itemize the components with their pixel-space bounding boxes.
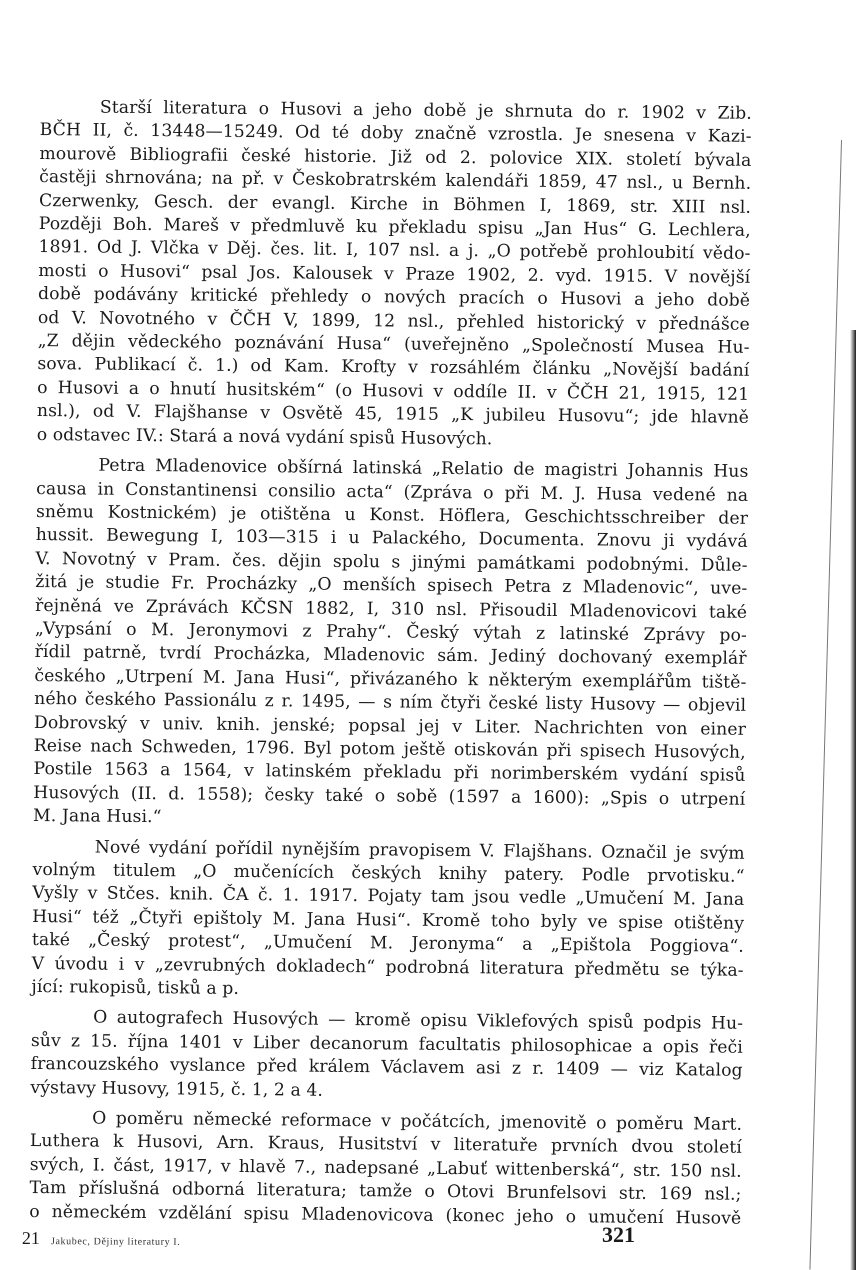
book-spine-shadow: [850, 330, 856, 1270]
paragraph-german-reformation: O poměru německé reformace v počátcích, …: [29, 1107, 742, 1231]
page-body: Starší literatura o Husovi a jeho době j…: [29, 96, 752, 1238]
paragraph-mladenovice-relatio: Petra Mladenovice obšírná latinská „Rela…: [33, 454, 749, 835]
paragraph-autographs: O autografech Husových — kromě opisu Vik…: [30, 1006, 743, 1106]
signature-text: Jakubec, Dějiny literatury I.: [51, 1236, 180, 1248]
signature-mark: 21 Jakubec, Dějiny literatury I.: [22, 1228, 662, 1252]
page-number: 321: [602, 1222, 635, 1248]
signature-number: 21: [22, 1228, 40, 1248]
paragraph-new-edition: Nové vydání pořídil nynějším pravopisem …: [31, 836, 745, 1007]
page-edge-line: [809, 140, 842, 1270]
paragraph-literature-overview: Starší literatura o Husovi a jeho době j…: [37, 96, 752, 454]
